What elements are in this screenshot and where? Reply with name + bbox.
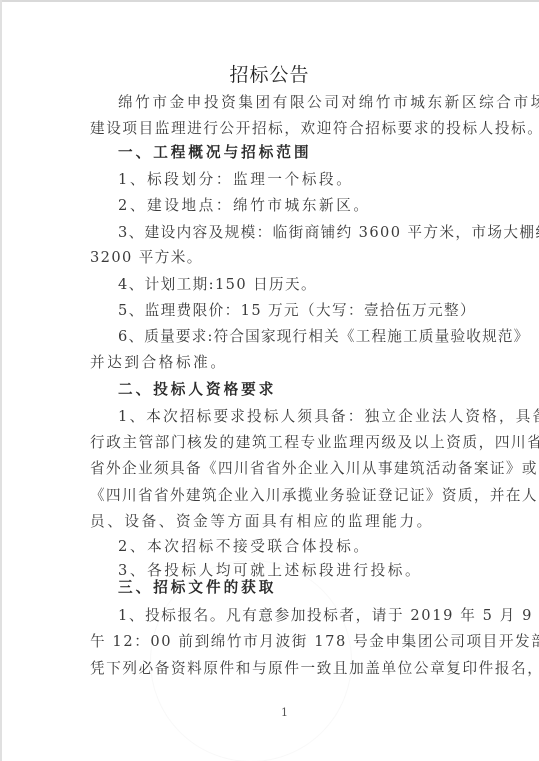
section-3-heading: 三、招标文件的获取 [118,578,498,598]
section-1-heading: 一、工程概况与招标范围 [118,143,498,163]
section-2-item-1-cont-4: 员、设备、资金等方面具有相应的监理能力。 [90,512,470,532]
section-1-item-2: 2、建设地点：绵竹市城东新区。 [118,196,498,216]
section-1-item-3-cont: 3200 平方米。 [90,248,470,268]
intro-line-1: 绵竹市金申投资集团有限公司对绵竹市城东新区综合市场 [118,93,498,113]
section-2-item-1: 1、本次招标要求投标人须具备：独立企业法人资格，具备 [118,407,498,427]
document-page: 招标公告 绵竹市金申投资集团有限公司对绵竹市城东新区综合市场 建设项目监理进行公… [0,0,539,761]
section-1-item-3: 3、建设内容及规模：临街商铺约 3600 平方米，市场大棚约 [118,223,498,243]
section-2-item-1-cont-1: 行政主管部门核发的建筑工程专业监理丙级及以上资质，四川省 [90,433,470,453]
section-3-item-1: 1、投标报名。凡有意参加投标者，请于 2019 年 5 月 9 日上 [118,606,498,626]
section-2-item-2: 2、本次招标不接受联合体投标。 [118,537,498,557]
section-3-item-1-cont-2: 凭下列必备资料原件和与原件一致且加盖单位公章复印件报名， [90,659,470,679]
section-3-item-1-cont-1: 午 12：00 前到绵竹市月波街 178 号金申集团公司项目开发部， [90,632,470,652]
section-2-item-1-cont-2: 省外企业须具备《四川省省外企业入川从事建筑活动备案证》或 [90,459,470,479]
section-2-item-1-cont-3: 《四川省省外建筑企业入川承揽业务验证登记证》资质，并在人 [90,486,470,506]
section-1-item-6-cont: 并达到合格标准。 [90,353,470,373]
section-1-item-6: 6、质量要求:符合国家现行相关《工程施工质量验收规范》 [118,327,498,347]
section-1-item-4: 4、计划工期:150 日历天。 [118,275,498,295]
section-2-heading: 二、投标人资格要求 [118,380,498,400]
section-1-item-5: 5、监理费限价：15 万元（大写：壹拾伍万元整） [118,301,498,321]
document-title: 招标公告 [0,63,539,87]
page-number: 1 [281,706,288,719]
section-1-item-1: 1、标段划分：监理一个标段。 [118,170,498,190]
intro-line-2: 建设项目监理进行公开招标，欢迎符合招标要求的投标人投标。 [90,119,470,139]
